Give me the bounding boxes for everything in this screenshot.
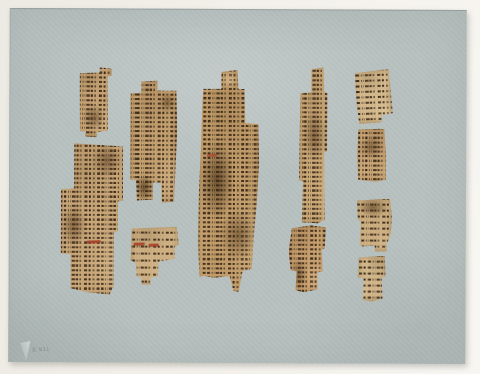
stain-patch bbox=[59, 200, 89, 250]
stain-patch bbox=[197, 135, 237, 225]
papyrus-fragment-2 bbox=[59, 140, 126, 295]
papyrus-fragment-10 bbox=[355, 198, 393, 253]
papyrus-fragment-8 bbox=[353, 68, 394, 124]
stain-patch bbox=[356, 134, 386, 162]
stain-patch bbox=[80, 102, 108, 132]
stain-patch bbox=[300, 105, 328, 165]
stain-patch bbox=[219, 69, 239, 91]
stain-patch bbox=[133, 172, 155, 204]
red-ink-mark bbox=[87, 240, 101, 243]
papyrus-fragment-4 bbox=[130, 225, 180, 286]
stain-patch bbox=[89, 140, 125, 180]
inventory-inscription: E 911 bbox=[32, 347, 50, 354]
mount-board: E 911 bbox=[8, 8, 467, 364]
papyrus-fragment-7 bbox=[289, 225, 327, 293]
stain-patch bbox=[355, 198, 391, 218]
papyrus-fragment-3 bbox=[129, 80, 178, 204]
papyrus-fragment-9 bbox=[356, 128, 388, 183]
papyrus-fragment-6 bbox=[298, 65, 330, 224]
papyrus-fragment-1 bbox=[76, 62, 113, 137]
stain-patch bbox=[289, 255, 309, 293]
stain-patch bbox=[217, 205, 260, 265]
stain-patch bbox=[157, 90, 177, 115]
papyrus-fragment-11 bbox=[356, 255, 386, 302]
papyrus-fragment-5 bbox=[197, 65, 261, 295]
red-ink-mark bbox=[149, 243, 159, 246]
artifact-photo: E 911 bbox=[0, 0, 480, 374]
red-ink-mark bbox=[207, 154, 217, 157]
red-ink-mark bbox=[134, 242, 145, 245]
